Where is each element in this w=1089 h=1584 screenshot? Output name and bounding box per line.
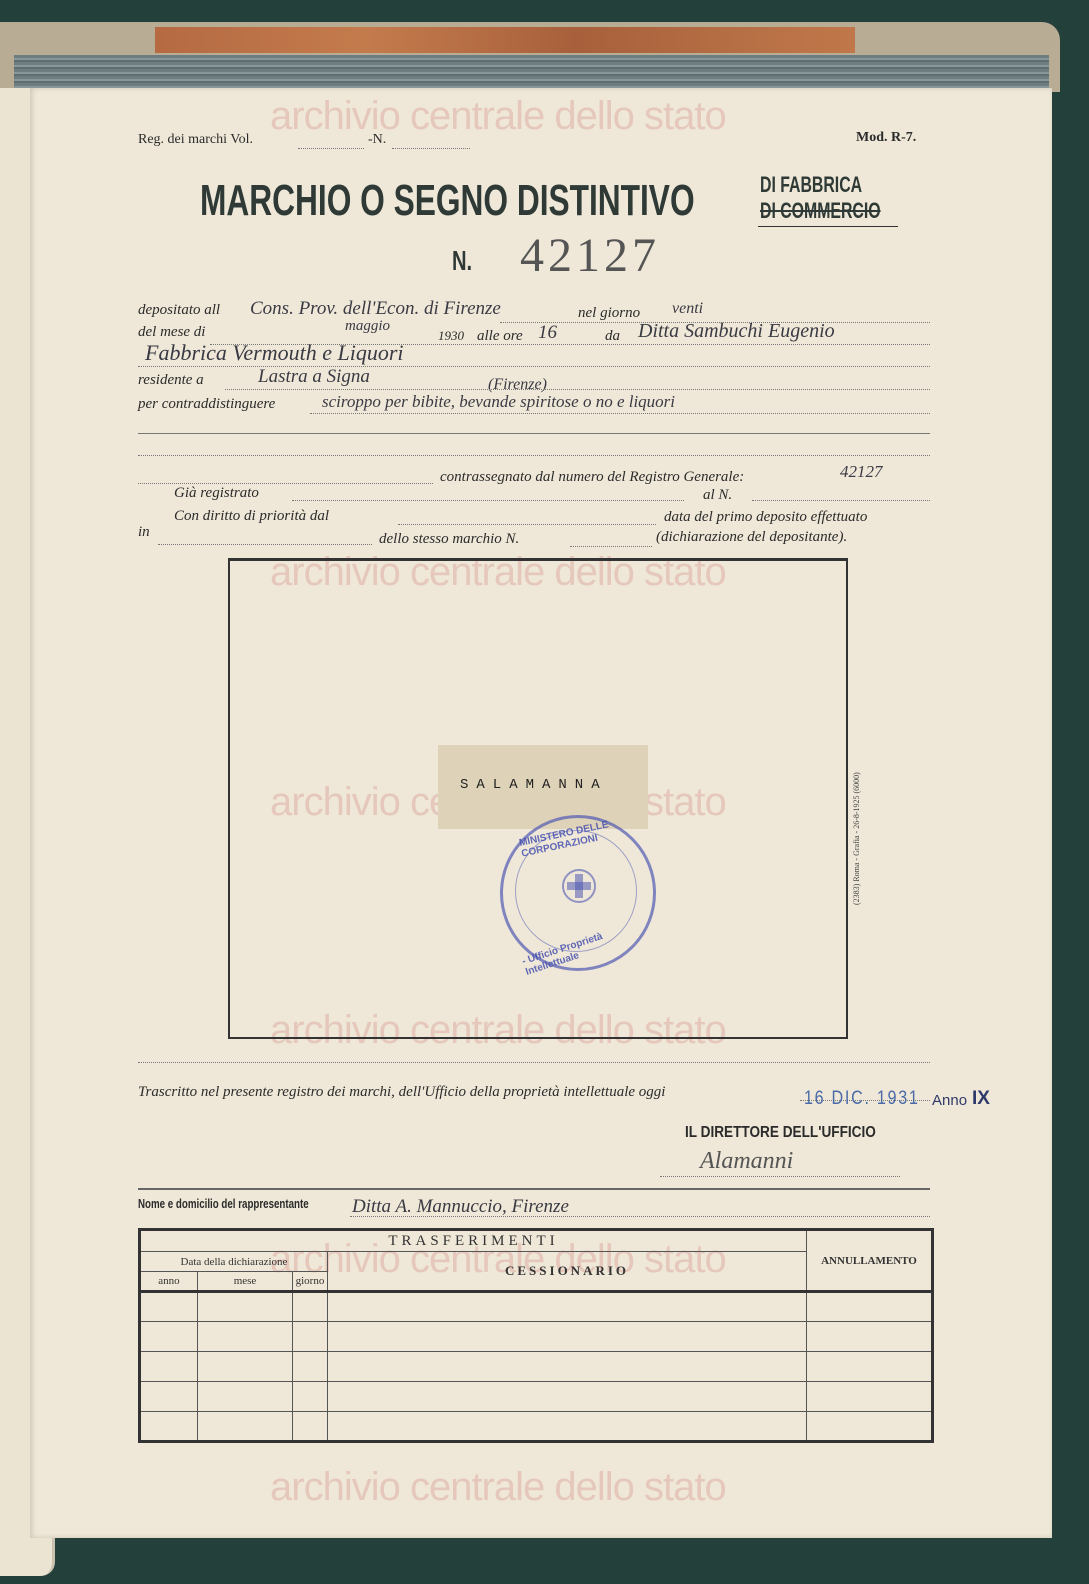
da-label: da: [605, 328, 620, 345]
col-giorno: giorno: [293, 1272, 328, 1292]
page-title: MARCHIO O SEGNO DISTINTIVO: [200, 176, 695, 226]
col-anno: anno: [140, 1272, 198, 1292]
table-row: [140, 1412, 933, 1442]
watermark: archivio centrale dello stato: [270, 1465, 726, 1510]
da-value: Ditta Sambuchi Eugenio: [638, 320, 835, 343]
register-volume-label: Reg. dei marchi Vol.: [138, 132, 253, 148]
title-fabbrica: DI FABBRICA: [760, 172, 862, 198]
table-row: [140, 1292, 933, 1322]
al-n-label: al N.: [703, 487, 732, 504]
ore-value: 16: [538, 322, 557, 344]
dichiarazione-label: (dichiarazione del depositante).: [656, 529, 847, 546]
model-code: Mod. R-7.: [856, 130, 916, 146]
residente-value: Lastra a Signa: [258, 366, 370, 388]
company-value: Fabbrica Vermouth e Liquori: [145, 340, 404, 366]
mark-label-text: SALAMANNA: [460, 777, 608, 793]
giorno-value: venti: [672, 300, 703, 318]
transcription-text: Trascritto nel presente registro dei mar…: [138, 1084, 665, 1101]
mese-value: maggio: [345, 318, 390, 335]
representative-value: Ditta A. Mannuccio, Firenze: [352, 1196, 569, 1218]
priorita-label: Con diritto di priorità dal: [174, 508, 329, 525]
col-mese: mese: [198, 1272, 293, 1292]
representative-label: Nome e domicilio del rappresentante: [138, 1196, 309, 1211]
ministry-stamp: MINISTERO DELLE CORPORAZIONI - Ufficio P…: [500, 815, 656, 971]
director-title: IL DIRETTORE DELL'UFFICIO: [685, 1124, 876, 1142]
ore-label: alle ore: [477, 328, 523, 345]
residente-label: residente a: [138, 372, 204, 389]
mese-label: del mese di: [138, 324, 205, 341]
table-row: [140, 1382, 933, 1412]
col-annullamento: ANNULLAMENTO: [807, 1230, 933, 1292]
giorno-label: nel giorno: [578, 305, 640, 322]
registro-label: contrassegnato dal numero del Registro G…: [440, 469, 744, 486]
table-row: [140, 1322, 933, 1352]
watermark: archivio centrale dello stato: [270, 94, 726, 139]
title-commercio-struck: DI COMMERCIO: [760, 198, 881, 224]
coat-of-arms-icon: [561, 868, 597, 904]
stesso-marchio-label: dello stesso marchio N.: [379, 531, 519, 548]
registro-value: 42127: [840, 462, 883, 482]
transfers-title: TRASFERIMENTI: [140, 1230, 807, 1252]
col-cessionario: CESSIONARIO: [328, 1252, 807, 1292]
contraddistinguere-value: sciroppo per bibite, bevande spiritose o…: [322, 392, 675, 412]
gia-registrato-label: Già registrato: [174, 485, 259, 502]
anno-value: 1930: [438, 328, 464, 344]
date-stamp: 16 DIC. 1931: [804, 1088, 920, 1110]
table-row: [140, 1352, 933, 1382]
depositato-label: depositato all: [138, 302, 220, 319]
contraddistinguere-label: per contraddistinguere: [138, 396, 275, 413]
number-label: N.: [452, 245, 472, 277]
printer-note: (2383) Roma - Grafia - 26-8-1925 (6000): [852, 772, 861, 905]
book-spine: [0, 22, 1060, 92]
director-signature: Alamanni: [700, 1148, 793, 1175]
col-date-group: Data della dichiarazione: [140, 1252, 328, 1272]
anno-stamp-value: IX: [972, 1088, 990, 1110]
anno-stamp-label: Anno: [932, 1092, 967, 1109]
mark-number: 42127: [520, 228, 660, 283]
in-label: in: [138, 524, 150, 541]
depositato-value: Cons. Prov. dell'Econ. di Firenze: [250, 298, 501, 320]
register-n-label: -N.: [368, 132, 386, 148]
transfers-table: TRASFERIMENTI ANNULLAMENTO Data della di…: [138, 1228, 934, 1443]
primo-deposito-label: data del primo deposito effettuato: [664, 509, 867, 526]
